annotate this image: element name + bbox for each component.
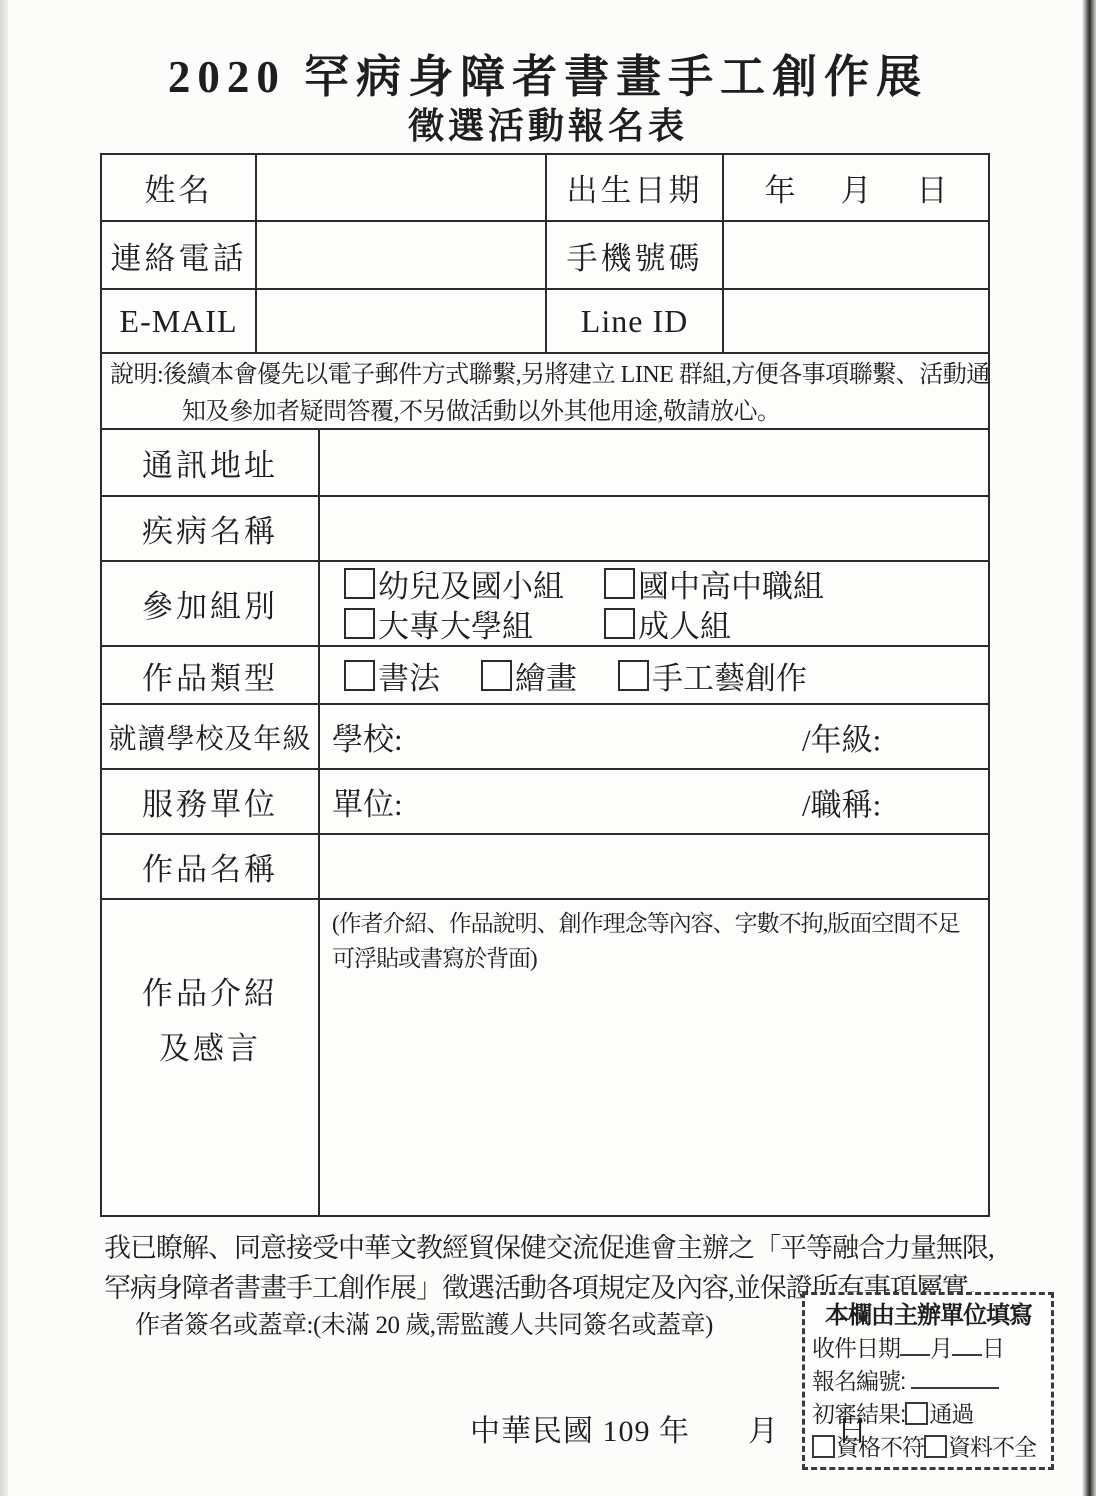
receive-date-line: 收件日期月日	[812, 1332, 1045, 1365]
birth-value-cell: 年 月 日	[724, 155, 988, 220]
type-options-cell: 書法 繪畫 手工藝創作	[320, 647, 988, 703]
line-id-label-cell: Line ID	[547, 290, 724, 352]
receive-date-label: 收件日期	[812, 1335, 900, 1361]
type-option-handicraft-label: 手工藝創作	[652, 653, 807, 698]
name-label-cell: 姓名	[102, 155, 257, 220]
group-option-highschool: 國中高中職組	[604, 561, 824, 606]
row-school: 就讀學校及年級 學校: /年級:	[102, 705, 988, 770]
checkbox-icon	[924, 1435, 947, 1458]
checkbox-icon	[344, 608, 375, 639]
checkbox-icon	[604, 568, 635, 599]
blank-line	[952, 1334, 982, 1356]
intro-hint-line1: (作者介紹、作品說明、創作理念等內容、字數不拘,版面空間不足	[332, 906, 980, 941]
birth-label-cell: 出生日期	[547, 155, 724, 220]
form-subtitle: 徵選活動報名表	[0, 98, 1096, 149]
email-input-cell	[257, 290, 547, 352]
row-name-birth: 姓名 出生日期 年 月 日	[102, 155, 988, 222]
blank-line	[900, 1334, 930, 1356]
phone-label-cell: 連絡電話	[102, 222, 257, 288]
school-label-cell: 就讀學校及年級	[102, 705, 320, 768]
artwork-name-input-cell	[320, 835, 988, 898]
unit-prefix: 單位:	[332, 779, 403, 824]
school-prefix: 學校:	[332, 714, 403, 759]
group-option-adult: 成人組	[604, 601, 731, 646]
name-input-cell	[257, 155, 547, 220]
phone-input-cell	[257, 222, 547, 288]
group-options-cell: 幼兒及國小組 國中高中職組 大專大學組 成人組	[320, 562, 988, 645]
note-line1: 說明:後續本會優先以電子郵件方式聯繫,另將建立 LINE 群組,方便各事項聯繫、…	[110, 357, 990, 394]
row-work-unit: 服務單位 單位: /職稱:	[102, 770, 988, 835]
type-option-calligraphy: 書法	[344, 653, 440, 698]
grade-prefix: /年級:	[802, 714, 881, 759]
group-option-kids-label: 幼兒及國小組	[378, 561, 564, 606]
scan-edge-right	[1082, 0, 1096, 1496]
row-artwork-type: 作品類型 書法 繪畫 手工藝創作	[102, 647, 988, 705]
form-title: 2020 罕病身障者書畫手工創作展	[0, 40, 1096, 105]
row-disease: 疾病名稱	[102, 497, 988, 562]
intro-label-line2: 及感言	[159, 1023, 261, 1068]
note-cell: 說明:後續本會優先以電子郵件方式聯繫,另將建立 LINE 群組,方便各事項聯繫、…	[102, 354, 996, 428]
type-option-handicraft: 手工藝創作	[618, 653, 807, 698]
intro-hint-line2: 可浮貼或書寫於背面)	[332, 941, 980, 976]
scanned-registration-form: 2020 罕病身障者書畫手工創作展 徵選活動報名表 姓名 出生日期 年 月 日 …	[0, 0, 1096, 1496]
roc-date-month: 月	[748, 1415, 779, 1448]
blank-line	[911, 1367, 999, 1389]
reg-number-label: 報名編號:	[812, 1368, 905, 1394]
address-input-cell	[320, 430, 988, 495]
receive-day-label: 日	[982, 1335, 1004, 1361]
day-label: 日	[917, 165, 948, 210]
group-option-college-label: 大專大學組	[378, 601, 533, 646]
line-id-input-cell	[724, 290, 988, 352]
disease-label-cell: 疾病名稱	[102, 497, 320, 560]
intro-content-cell: (作者介紹、作品說明、創作理念等內容、字數不拘,版面空間不足 可浮貼或書寫於背面…	[320, 900, 988, 1215]
group-label-cell: 參加組別	[102, 562, 320, 645]
roc-date-day: 日	[837, 1415, 868, 1448]
mobile-input-cell	[724, 222, 988, 288]
artwork-name-label-cell: 作品名稱	[102, 835, 320, 898]
checkbox-icon	[905, 1402, 928, 1425]
group-option-highschool-label: 國中高中職組	[638, 561, 824, 606]
mobile-label-cell: 手機號碼	[547, 222, 724, 288]
work-unit-fields-cell: 單位: /職稱:	[320, 770, 988, 833]
fail-documents-label: 資料不全	[948, 1434, 1036, 1460]
registration-table: 姓名 出生日期 年 月 日 連絡電話 手機號碼 E-MAIL Line ID	[100, 153, 990, 1217]
group-option-college: 大專大學組	[344, 601, 604, 646]
intro-hint: (作者介紹、作品說明、創作理念等內容、字數不拘,版面空間不足 可浮貼或書寫於背面…	[320, 900, 988, 976]
declaration-line1: 我已瞭解、同意接受中華文教經貿保健交流促進會主辦之「平等融合力量無限,	[104, 1228, 998, 1268]
month-label: 月	[841, 165, 872, 210]
checkbox-icon	[344, 568, 375, 599]
checkbox-icon	[604, 608, 635, 639]
group-option-adult-label: 成人組	[638, 601, 731, 646]
note-line2: 知及參加者疑問答覆,不另做活動以外其他用途,敬請放心。	[110, 394, 990, 431]
roc-date-prefix: 中華民國 109 年	[470, 1415, 690, 1448]
reg-number-line: 報名編號:	[812, 1365, 1045, 1398]
type-option-calligraphy-label: 書法	[378, 653, 440, 698]
type-option-painting-label: 繪畫	[515, 653, 577, 698]
work-unit-label-cell: 服務單位	[102, 770, 320, 833]
checkbox-icon	[618, 660, 649, 691]
row-artwork-name: 作品名稱	[102, 835, 988, 900]
job-title-prefix: /職稱:	[802, 779, 881, 824]
row-email-lineid: E-MAIL Line ID	[102, 290, 988, 354]
row-group: 參加組別 幼兒及國小組 國中高中職組 大專大學組	[102, 562, 988, 647]
row-address: 通訊地址	[102, 430, 988, 497]
admin-box-title: 本欄由主辦單位填寫	[812, 1299, 1045, 1332]
school-fields-cell: 學校: /年級:	[320, 705, 988, 768]
signature-line: 作者簽名或蓋章:(未滿 20 歲,需監護人共同簽名或蓋章)	[135, 1305, 713, 1341]
intro-label-line1: 作品介紹	[142, 968, 278, 1013]
year-label: 年	[765, 165, 796, 210]
intro-label-cell: 作品介紹 及感言	[102, 900, 320, 1215]
row-note: 說明:後續本會優先以電子郵件方式聯繫,另將建立 LINE 群組,方便各事項聯繫、…	[102, 354, 988, 430]
checkbox-icon	[481, 660, 512, 691]
row-introduction: 作品介紹 及感言 (作者介紹、作品說明、創作理念等內容、字數不拘,版面空間不足 …	[102, 900, 988, 1215]
receive-month-label: 月	[930, 1335, 952, 1361]
email-label-cell: E-MAIL	[102, 290, 257, 352]
checkbox-icon	[344, 660, 375, 691]
disease-input-cell	[320, 497, 988, 560]
row-phone-mobile: 連絡電話 手機號碼	[102, 222, 988, 290]
roc-date-line: 中華民國 109 年月日	[470, 1406, 868, 1450]
group-option-kids: 幼兒及國小組	[344, 561, 604, 606]
type-option-painting: 繪畫	[481, 653, 577, 698]
scan-edge-left	[0, 0, 8, 1496]
type-label-cell: 作品類型	[102, 647, 320, 703]
address-label-cell: 通訊地址	[102, 430, 320, 495]
pass-label: 通過	[929, 1401, 973, 1427]
